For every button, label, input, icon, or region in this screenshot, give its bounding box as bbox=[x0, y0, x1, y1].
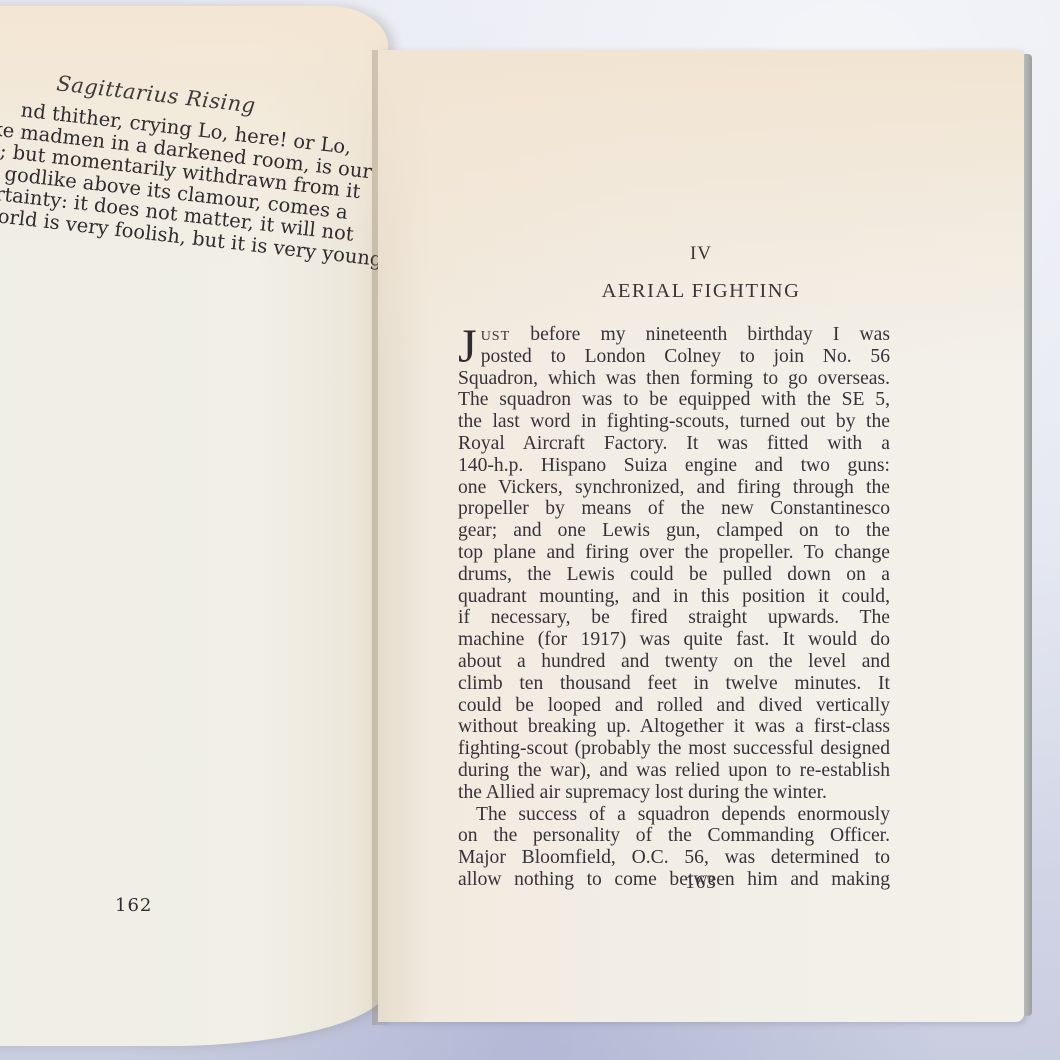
text-line: gear; and one Lewis gun, clamped on to t… bbox=[458, 520, 890, 542]
chapter-title: AERIAL FIGHTING bbox=[378, 280, 1024, 303]
text-line: quadrant mounting, and in this position … bbox=[458, 586, 890, 608]
right-page: IV AERIAL FIGHTING J ust before my ninet… bbox=[378, 50, 1024, 1022]
text-line: the Allied air supremacy lost during the… bbox=[458, 782, 890, 804]
left-page: Sagittarius Rising nd thither, crying Lo… bbox=[0, 6, 388, 1046]
chapter-number: IV bbox=[378, 243, 1024, 265]
text-line: climb ten thousand feet in twelve minute… bbox=[458, 673, 890, 695]
small-caps-word: ust bbox=[481, 324, 510, 345]
left-page-text-block: Sagittarius Rising nd thither, crying Lo… bbox=[0, 48, 367, 94]
text-line: on the personality of the Commanding Off… bbox=[458, 825, 890, 847]
text-line: 140-h.p. Hispano Suiza engine and two gu… bbox=[458, 455, 890, 477]
text-line: during the war), and was relied upon to … bbox=[458, 760, 890, 782]
drop-cap: J bbox=[458, 327, 477, 367]
text-line: could be looped and rolled and dived ver… bbox=[458, 695, 890, 717]
paragraph-1: J ust before my nineteenth birthday I wa… bbox=[458, 324, 890, 804]
text-line: about a hundred and twenty on the level … bbox=[458, 651, 890, 673]
page-number-left: 162 bbox=[115, 895, 152, 916]
text-line: Royal Aircraft Factory. It was fitted wi… bbox=[458, 433, 890, 455]
text-line: the last word in fighting-scouts, turned… bbox=[458, 411, 890, 433]
text-line: posted to London Colney to join No. 56 bbox=[458, 346, 890, 368]
text-line: Squadron, which was then forming to go o… bbox=[458, 368, 890, 390]
text-line: if necessary, be fired straight upwards.… bbox=[458, 607, 890, 629]
text-line: The squadron was to be equipped with the… bbox=[458, 389, 890, 411]
text-line: The success of a squadron depends enormo… bbox=[458, 804, 890, 826]
text-line: propeller by means of the new Constantin… bbox=[458, 498, 890, 520]
text-line-rest: before my nineteenth birthday I was bbox=[510, 324, 890, 345]
text-line: machine (for 1917) was quite fast. It wo… bbox=[458, 629, 890, 651]
text-line: top plane and firing over the propeller.… bbox=[458, 542, 890, 564]
text-line: one Vickers, synchronized, and firing th… bbox=[458, 477, 890, 499]
left-page-body: nd thither, crying Lo, here! or Lo, ke m… bbox=[0, 96, 352, 265]
text-line: without breaking up. Altogether it was a… bbox=[458, 716, 890, 738]
text-line: drums, the Lewis could be pulled down on… bbox=[458, 564, 890, 586]
text-line: Major Bloomfield, O.C. 56, was determine… bbox=[458, 847, 890, 869]
text-line: ust before my nineteenth birthday I was bbox=[458, 324, 890, 346]
text-line: fighting-scout (probably the most succes… bbox=[458, 738, 890, 760]
right-page-body: J ust before my nineteenth birthday I wa… bbox=[458, 324, 890, 891]
page-number-right: 163 bbox=[378, 872, 1024, 894]
